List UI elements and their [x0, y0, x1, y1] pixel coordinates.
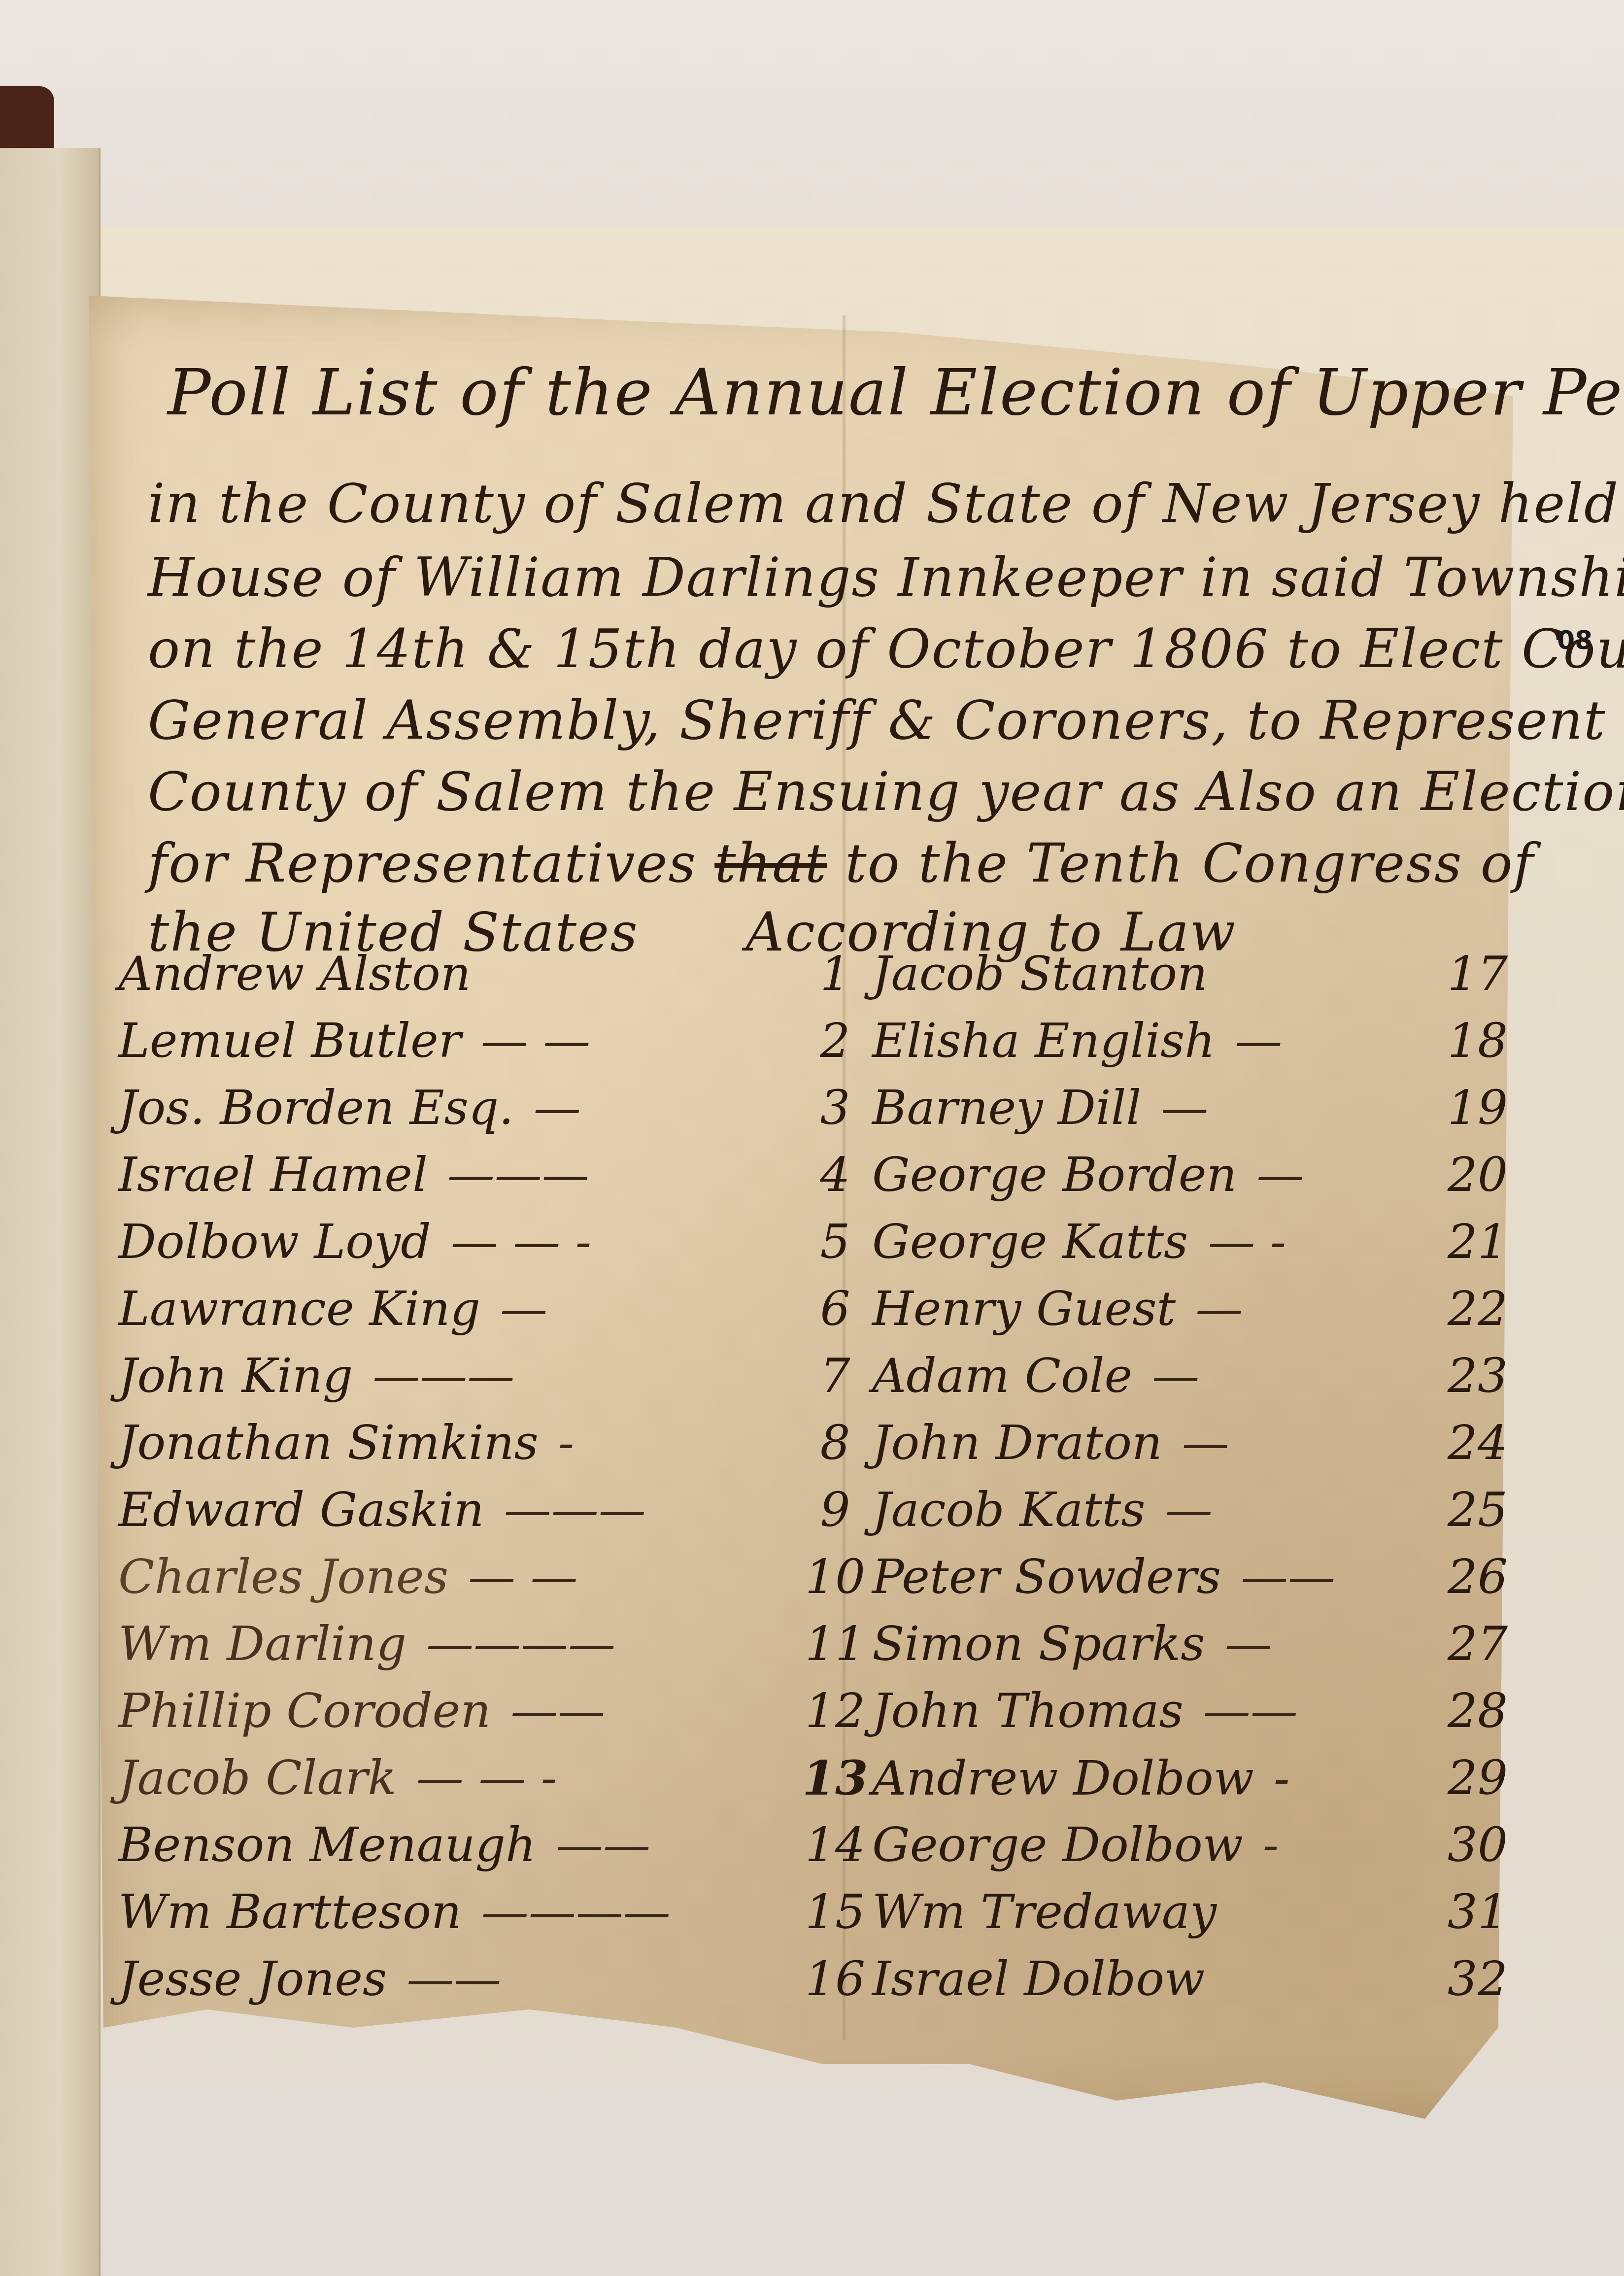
- dash: —: [1256, 1147, 1304, 1202]
- voter-row: 1Jacob Stanton17: [798, 946, 1527, 1013]
- voter-name: Wm Darling: [118, 1616, 406, 1671]
- voter-name: Jacob Stanton: [872, 946, 1208, 1001]
- header-line: General Assembly, Sheriff & Coroners, to…: [148, 690, 1624, 751]
- row-number: 10: [798, 1549, 872, 1604]
- voter-row: Charles Jones— —: [99, 1549, 788, 1616]
- row-number: 7: [798, 1348, 872, 1403]
- dash: — —: [481, 1013, 591, 1068]
- tally-number: 18: [1448, 1013, 1508, 1068]
- row-number: 13: [798, 1750, 872, 1806]
- voter-name: Jonathan Simkins: [118, 1415, 539, 1470]
- voter-row: Dolbow Loyd— — -: [99, 1214, 788, 1281]
- row-number: 14: [798, 1817, 872, 1872]
- row-number: 6: [798, 1281, 872, 1336]
- dash: ——: [1241, 1549, 1335, 1604]
- dash: —: [1182, 1415, 1229, 1470]
- dash: —: [1195, 1281, 1243, 1336]
- voter-name: Benson Menaugh: [118, 1817, 536, 1872]
- voter-name: Phillip Coroden: [118, 1683, 491, 1738]
- voter-row: Phillip Coroden——: [99, 1683, 788, 1750]
- voter-name: Jos. Borden Esq.: [118, 1080, 514, 1135]
- tally-number: 30: [1448, 1817, 1508, 1872]
- voter-row: 13Andrew Dolbow-29: [798, 1750, 1527, 1817]
- voter-name: Henry Guest: [872, 1281, 1176, 1336]
- voter-row: 4George Borden—20: [798, 1147, 1527, 1214]
- dash: —: [1235, 1013, 1282, 1068]
- voter-name: Israel Hamel: [118, 1147, 428, 1202]
- tally-number: 19: [1448, 1080, 1508, 1135]
- dash: —: [1165, 1482, 1213, 1537]
- header-text: for Representatives: [148, 833, 697, 894]
- voter-name: Dolbow Loyd: [118, 1214, 431, 1269]
- row-number: 3: [798, 1080, 872, 1135]
- voter-name: Barney Dill: [872, 1080, 1141, 1135]
- dash: — —: [468, 1549, 578, 1604]
- tally-number: 23: [1448, 1348, 1508, 1403]
- voter-name: John King: [118, 1348, 353, 1403]
- voter-row: John King———: [99, 1348, 788, 1415]
- voter-name: John Thomas: [872, 1683, 1184, 1738]
- dash: —: [1161, 1080, 1208, 1135]
- tally-number: 24: [1448, 1415, 1508, 1470]
- tally-number: 28: [1448, 1683, 1508, 1738]
- voter-name: Elisha English: [872, 1013, 1215, 1068]
- voter-name: Jacob Katts: [872, 1482, 1146, 1537]
- voter-name: John Draton: [872, 1415, 1162, 1470]
- header-line: House of William Darlings Innkeeper in s…: [148, 547, 1624, 609]
- voter-name: Adam Cole: [872, 1348, 1132, 1403]
- dash: —: [1152, 1348, 1199, 1403]
- voter-name: Lawrance King: [118, 1281, 480, 1336]
- dash: —: [1224, 1616, 1272, 1671]
- header-title-line: Poll List of the Annual Election of Uppe…: [168, 355, 1624, 430]
- voter-name: George Dolbow: [872, 1817, 1243, 1872]
- voter-name: George Katts: [872, 1214, 1188, 1269]
- dash: — — -: [451, 1214, 591, 1269]
- voter-row: 7Adam Cole—23: [798, 1348, 1527, 1415]
- voter-row: Wm Darling————: [99, 1616, 788, 1683]
- row-number: 1: [798, 946, 872, 1001]
- voter-row: Benson Menaugh——: [99, 1817, 788, 1884]
- row-number: 11: [798, 1616, 872, 1671]
- row-number: 16: [798, 1951, 872, 2006]
- dash: ———: [504, 1482, 646, 1537]
- dash: — — -: [416, 1750, 557, 1805]
- header-line: on the 14th & 15th day of October 1806 t…: [148, 618, 1624, 680]
- voter-row: 3Barney Dill—19: [798, 1080, 1527, 1147]
- dash: —: [534, 1080, 581, 1135]
- tally-number: 17: [1448, 946, 1508, 1001]
- row-number: 5: [798, 1214, 872, 1269]
- tally-number: 22: [1448, 1281, 1508, 1336]
- voter-row: Edward Gaskin———: [99, 1482, 788, 1549]
- voter-row: Israel Hamel———: [99, 1147, 788, 1214]
- row-number: 12: [798, 1683, 872, 1738]
- book-left-page-edge: [0, 148, 101, 2276]
- voter-row: Andrew Alston: [99, 946, 788, 1013]
- dash: ———: [447, 1147, 589, 1202]
- dash: ———: [372, 1348, 514, 1403]
- voter-row: 11Simon Sparks—27: [798, 1616, 1527, 1683]
- voter-name: Israel Dolbow: [872, 1951, 1205, 2006]
- dash: — -: [1208, 1214, 1286, 1269]
- voter-name: Wm Tredaway: [872, 1884, 1217, 1939]
- voter-list-left: Andrew Alston Lemuel Butler— — Jos. Bord…: [99, 946, 788, 2018]
- voter-row: 8John Draton—24: [798, 1415, 1527, 1482]
- voter-row: 6Henry Guest—22: [798, 1281, 1527, 1348]
- voter-name: Lemuel Butler: [118, 1013, 461, 1068]
- dash: ——: [406, 1951, 501, 2006]
- voter-row: 14George Dolbow-30: [798, 1817, 1527, 1884]
- voter-name: Charles Jones: [118, 1549, 448, 1604]
- header-line: for Representatives that to the Tenth Co…: [148, 833, 1534, 894]
- voter-row: 10Peter Sowders——26: [798, 1549, 1527, 1616]
- voter-name: Edward Gaskin: [118, 1482, 484, 1537]
- voter-row: Lemuel Butler— —: [99, 1013, 788, 1080]
- voter-row: Lawrance King—: [99, 1281, 788, 1348]
- voter-row: 2Elisha English—18: [798, 1013, 1527, 1080]
- tally-number: 29: [1448, 1750, 1508, 1805]
- voter-name: Jacob Clark: [118, 1750, 397, 1805]
- voter-name: Simon Sparks: [872, 1616, 1205, 1671]
- voter-name: Jesse Jones: [118, 1951, 387, 2006]
- voter-name: Wm Bartteson: [118, 1884, 462, 1939]
- voter-row: Jonathan Simkins-: [99, 1415, 788, 1482]
- dash: ————: [481, 1884, 671, 1939]
- row-number: 8: [798, 1415, 872, 1470]
- tally-number: 31: [1448, 1884, 1508, 1939]
- voter-row: Jos. Borden Esq.—: [99, 1080, 788, 1147]
- voter-row: Wm Bartteson————: [99, 1884, 788, 1951]
- dash: -: [1263, 1817, 1279, 1872]
- dash: ————: [426, 1616, 615, 1671]
- voter-name: George Borden: [872, 1147, 1237, 1202]
- voter-row: 5George Katts— -21: [798, 1214, 1527, 1281]
- dash: ——: [1203, 1683, 1298, 1738]
- tally-number: 32: [1448, 1951, 1508, 2006]
- row-number: 15: [798, 1884, 872, 1939]
- dash: -: [1274, 1751, 1289, 1806]
- tally-number: 27: [1448, 1616, 1508, 1671]
- dash: —: [500, 1281, 547, 1336]
- row-number: 9: [798, 1482, 872, 1537]
- tally-number: 26: [1448, 1549, 1508, 1604]
- struck-word: that: [714, 833, 827, 894]
- voter-name: Andrew Alston: [118, 946, 471, 1001]
- mount-sheet-lower: [59, 2084, 1624, 2276]
- voter-row: Jesse Jones——: [99, 1951, 788, 2018]
- dash: -: [558, 1415, 574, 1470]
- header-line: in the County of Salem and State of New …: [148, 473, 1624, 535]
- voter-row: 12John Thomas——28: [798, 1683, 1527, 1750]
- tally-number: 25: [1448, 1482, 1508, 1537]
- voter-name: Peter Sowders: [872, 1549, 1221, 1604]
- tally-number: 21: [1448, 1214, 1508, 1269]
- dash: ——: [556, 1817, 650, 1872]
- dash: ——: [510, 1683, 605, 1738]
- tally-number: 20: [1448, 1147, 1508, 1202]
- row-number: 2: [798, 1013, 872, 1068]
- header-text: to the Tenth Congress of: [845, 833, 1534, 894]
- voter-row: Jacob Clark— — -: [99, 1750, 788, 1817]
- voter-row: 9Jacob Katts—25: [798, 1482, 1527, 1549]
- voter-row: 15Wm Tredaway31: [798, 1884, 1527, 1951]
- header-line: County of Salem the Ensuing year as Also…: [148, 761, 1624, 823]
- voter-name: Andrew Dolbow: [872, 1751, 1254, 1806]
- voter-row: 16Israel Dolbow32: [798, 1951, 1527, 2018]
- row-number: 4: [798, 1147, 872, 1202]
- voter-list-right: 1Jacob Stanton17 2Elisha English—18 3Bar…: [798, 946, 1527, 2018]
